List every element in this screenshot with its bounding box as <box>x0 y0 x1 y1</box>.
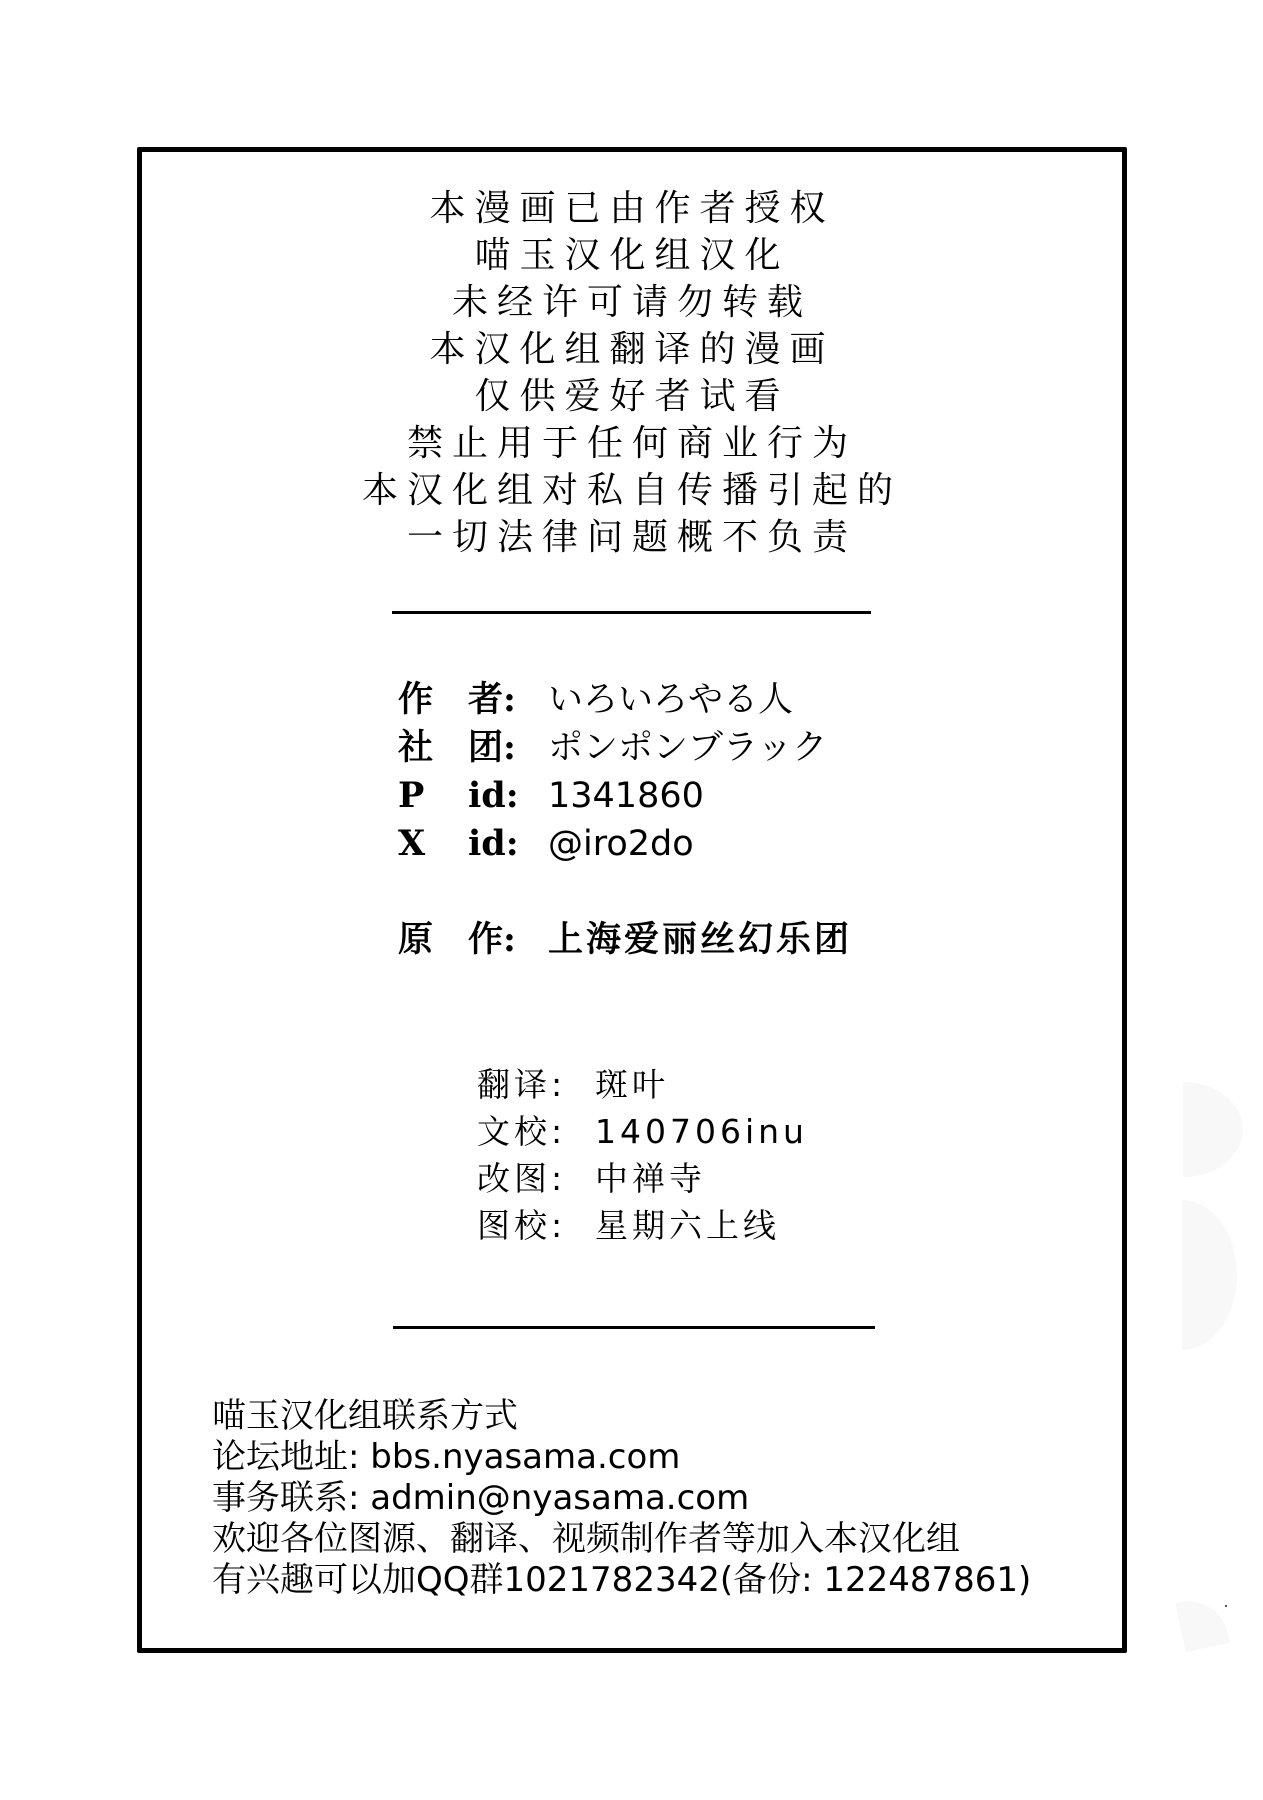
contact-email: 事务联系: admin@nyasama.com <box>212 1478 1031 1519</box>
credit-key: 者: <box>468 676 548 724</box>
staff-name: 中禅寺 <box>595 1155 706 1202</box>
credit-key: 作: <box>468 916 548 964</box>
credit-original: 原 作: 上海爱丽丝幻乐团 <box>398 916 852 964</box>
notice-line: 仅供爱好者试看 <box>137 373 1127 420</box>
staff-role: 图校: <box>477 1202 595 1249</box>
credit-key: 社 <box>398 724 468 772</box>
contact-title: 喵玉汉化组联系方式 <box>212 1396 1031 1437</box>
contact-forum: 论坛地址: bbs.nyasama.com <box>212 1437 1031 1478</box>
staff-row: 图校: 星期六上线 <box>477 1202 808 1249</box>
notice-line: 本汉化组翻译的漫画 <box>137 326 1127 373</box>
ghost-shape <box>1182 1200 1237 1350</box>
staff-row: 改图: 中禅寺 <box>477 1155 808 1202</box>
credit-key: id: <box>468 772 548 820</box>
credit-x: X id: @iro2do <box>398 820 852 868</box>
staff-row: 翻译: 斑叶 <box>477 1061 808 1108</box>
credit-author: 作 者: いろいろやる人 <box>398 676 852 724</box>
credit-key: 作 <box>398 676 468 724</box>
staff-name: 140706inu <box>595 1108 808 1155</box>
credit-value: ポンポンブラック <box>548 724 827 772</box>
credit-pixiv: P id: 1341860 <box>398 772 852 820</box>
credit-value: @iro2do <box>548 820 694 868</box>
notice-line: 禁止用于任何商业行为 <box>137 420 1127 467</box>
credit-value: 上海爱丽丝幻乐团 <box>548 916 852 964</box>
credit-key: 原 <box>398 916 468 964</box>
divider <box>393 1326 875 1329</box>
contact-qq: 有兴趣可以加QQ群1021782342(备份: 122487861) <box>212 1560 1031 1601</box>
contact-recruit: 欢迎各位图源、翻译、视频制作者等加入本汉化组 <box>212 1519 1031 1560</box>
speck <box>1225 1605 1227 1607</box>
ghost-shape <box>1183 1082 1243 1177</box>
staff-name: 斑叶 <box>595 1061 669 1108</box>
credit-key: P <box>398 772 468 820</box>
notice-line: 喵玉汉化组汉化 <box>137 232 1127 279</box>
staff-role: 改图: <box>477 1155 595 1202</box>
credits-block: 作 者: いろいろやる人 社 团: ポンポンブラック P id: 1341860… <box>398 676 852 964</box>
license-notice: 本漫画已由作者授权 喵玉汉化组汉化 未经许可请勿转载 本汉化组翻译的漫画 仅供爱… <box>137 185 1127 561</box>
credit-value: 1341860 <box>548 772 704 820</box>
staff-row: 文校: 140706inu <box>477 1108 808 1155</box>
staff-role: 翻译: <box>477 1061 595 1108</box>
staff-block: 翻译: 斑叶 文校: 140706inu 改图: 中禅寺 图校: 星期六上线 <box>477 1061 808 1249</box>
staff-name: 星期六上线 <box>595 1202 780 1249</box>
divider <box>392 611 871 614</box>
credit-key: X <box>398 820 468 868</box>
notice-line: 未经许可请勿转载 <box>137 279 1127 326</box>
notice-line: 本汉化组对私自传播引起的 <box>137 467 1127 514</box>
credit-key: 团: <box>468 724 548 772</box>
staff-role: 文校: <box>477 1108 595 1155</box>
ghost-shape <box>1175 1594 1229 1652</box>
contact-block: 喵玉汉化组联系方式 论坛地址: bbs.nyasama.com 事务联系: ad… <box>212 1396 1031 1601</box>
notice-line: 一切法律问题概不负责 <box>137 514 1127 561</box>
credit-value: いろいろやる人 <box>548 676 793 724</box>
notice-line: 本漫画已由作者授权 <box>137 185 1127 232</box>
credit-circle: 社 团: ポンポンブラック <box>398 724 852 772</box>
credit-key: id: <box>468 820 548 868</box>
